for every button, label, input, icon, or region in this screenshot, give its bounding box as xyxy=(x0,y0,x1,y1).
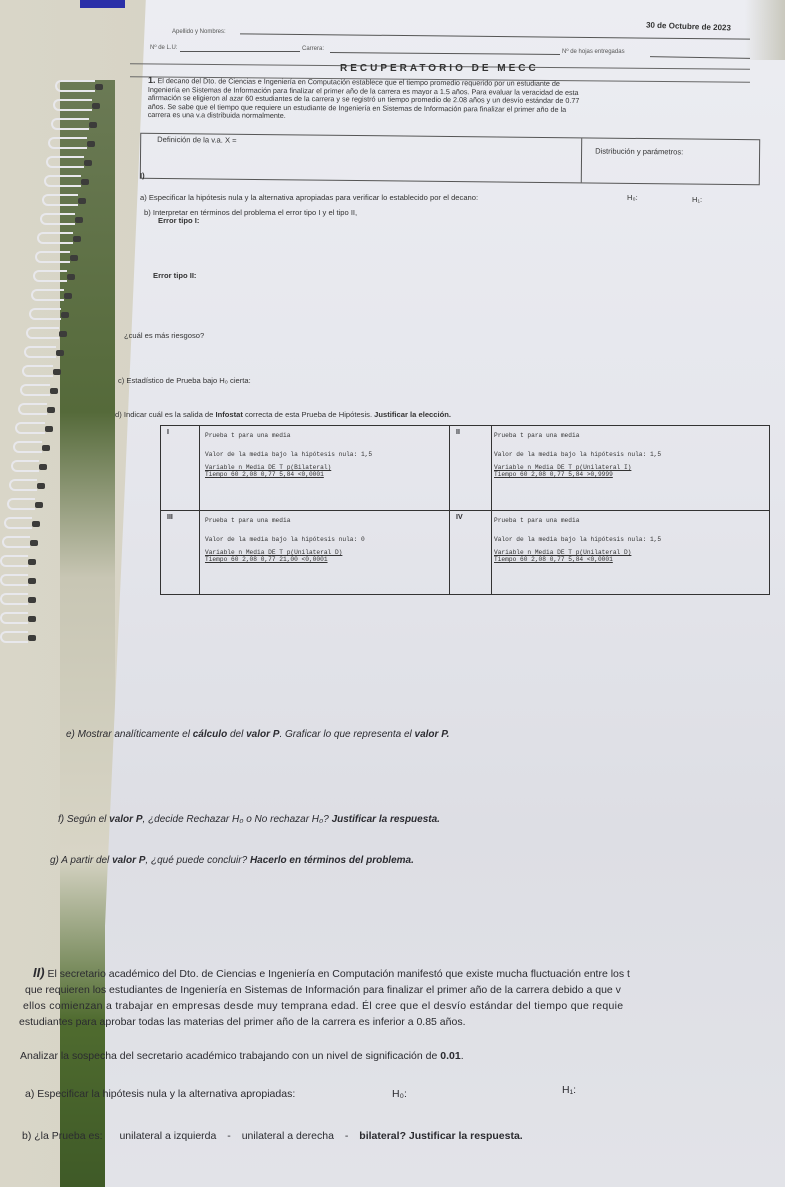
spiral-ring xyxy=(0,555,28,567)
background-object xyxy=(80,0,125,8)
career-label: Carrera: xyxy=(302,46,324,52)
spiral-ring xyxy=(0,631,28,643)
h0-label-1a: H₀: xyxy=(627,193,638,202)
spiral-ring xyxy=(4,517,32,529)
spiral-ring xyxy=(33,270,67,282)
spiral-ring xyxy=(51,118,90,130)
error-type-1-label: Error tipo I: xyxy=(158,216,199,225)
infostat-option-I[interactable]: I Prueba t para una media Valor de la me… xyxy=(161,426,449,510)
definition-label: Definición de la v.a. X = xyxy=(157,135,237,145)
spiral-ring xyxy=(53,99,92,111)
spiral-ring xyxy=(0,612,28,624)
spiral-ring xyxy=(31,289,64,301)
infostat-outputs-table: I Prueba t para una media Valor de la me… xyxy=(160,425,770,595)
name-label: Apellido y Nombres: xyxy=(172,29,226,35)
spiral-ring xyxy=(0,574,28,586)
spiral-ring xyxy=(2,536,30,548)
problem-2-analyze: Analizar la sospecha del secretario acad… xyxy=(20,1048,464,1064)
item-1d: d) Indicar cuál es la salida de Infostat… xyxy=(115,410,451,419)
item-1f: f) Según el valor P, ¿decide Rechazar H₀… xyxy=(58,814,440,825)
spiral-ring xyxy=(44,175,81,187)
item-1c: c) Estadístico de Prueba bajo H₀ cierta: xyxy=(118,376,251,385)
spiral-ring xyxy=(13,441,42,453)
infostat-option-III[interactable]: III Prueba t para una media Valor de la … xyxy=(161,511,449,595)
spiral-ring xyxy=(42,194,78,206)
spiral-ring xyxy=(20,384,50,396)
spiral-ring xyxy=(24,346,56,358)
problem-2-statement: II) El secretario académico del Dto. de … xyxy=(33,965,630,1030)
id-label: Nº de L.U: xyxy=(150,45,178,51)
item-1e: e) Mostrar analíticamente el cálculo del… xyxy=(66,729,449,740)
spiral-ring xyxy=(9,479,37,491)
spiral-ring xyxy=(48,137,86,149)
item-2b: b) ¿la Prueba es: unilateral a izquierda… xyxy=(22,1128,523,1144)
item-2a: a) Especificar la hipótesis nula y la al… xyxy=(25,1086,295,1102)
random-variable-box: Definición de la v.a. X = Distribución y… xyxy=(140,133,760,185)
spiral-ring xyxy=(55,80,95,92)
spiral-ring xyxy=(22,365,53,377)
spiral-ring xyxy=(0,593,28,605)
spiral-ring xyxy=(18,403,48,415)
id-field[interactable] xyxy=(180,51,300,52)
distribution-label: Distribución y parámetros: xyxy=(595,147,683,157)
h1-label-1a: H₁: xyxy=(692,195,702,204)
spiral-ring xyxy=(37,232,72,244)
riskier-question: ¿cuál es más riesgoso? xyxy=(124,331,204,340)
spiral-ring xyxy=(35,251,70,263)
spiral-ring xyxy=(15,422,44,434)
item-1g: g) A partir del valor P, ¿qué puede conc… xyxy=(50,855,414,866)
spiral-ring xyxy=(11,460,39,472)
spiral-ring xyxy=(40,213,76,225)
problem-1-statement: 1. El decano del Dto. de Ciencias e Inge… xyxy=(148,76,580,123)
exam-title: RECUPERATORIO DE MECC xyxy=(340,63,539,74)
spiral-ring xyxy=(7,498,35,510)
error-type-2-label: Error tipo II: xyxy=(153,271,196,280)
infostat-option-II[interactable]: II Prueba t para una media Valor de la m… xyxy=(450,426,770,510)
sheets-label: Nº de hojas entregadas xyxy=(562,49,625,55)
spiral-ring xyxy=(29,308,62,320)
section-I-label: I) xyxy=(140,171,145,180)
spiral-ring xyxy=(26,327,58,339)
h1-label-2a: H₁: xyxy=(562,1082,576,1098)
infostat-option-IV[interactable]: IV Prueba t para una media Valor de la m… xyxy=(450,511,770,595)
spiral-ring xyxy=(46,156,84,168)
item-1a: a) Especificar la hipótesis nula y la al… xyxy=(140,193,478,202)
h0-label-2a: H₀: xyxy=(392,1086,407,1102)
